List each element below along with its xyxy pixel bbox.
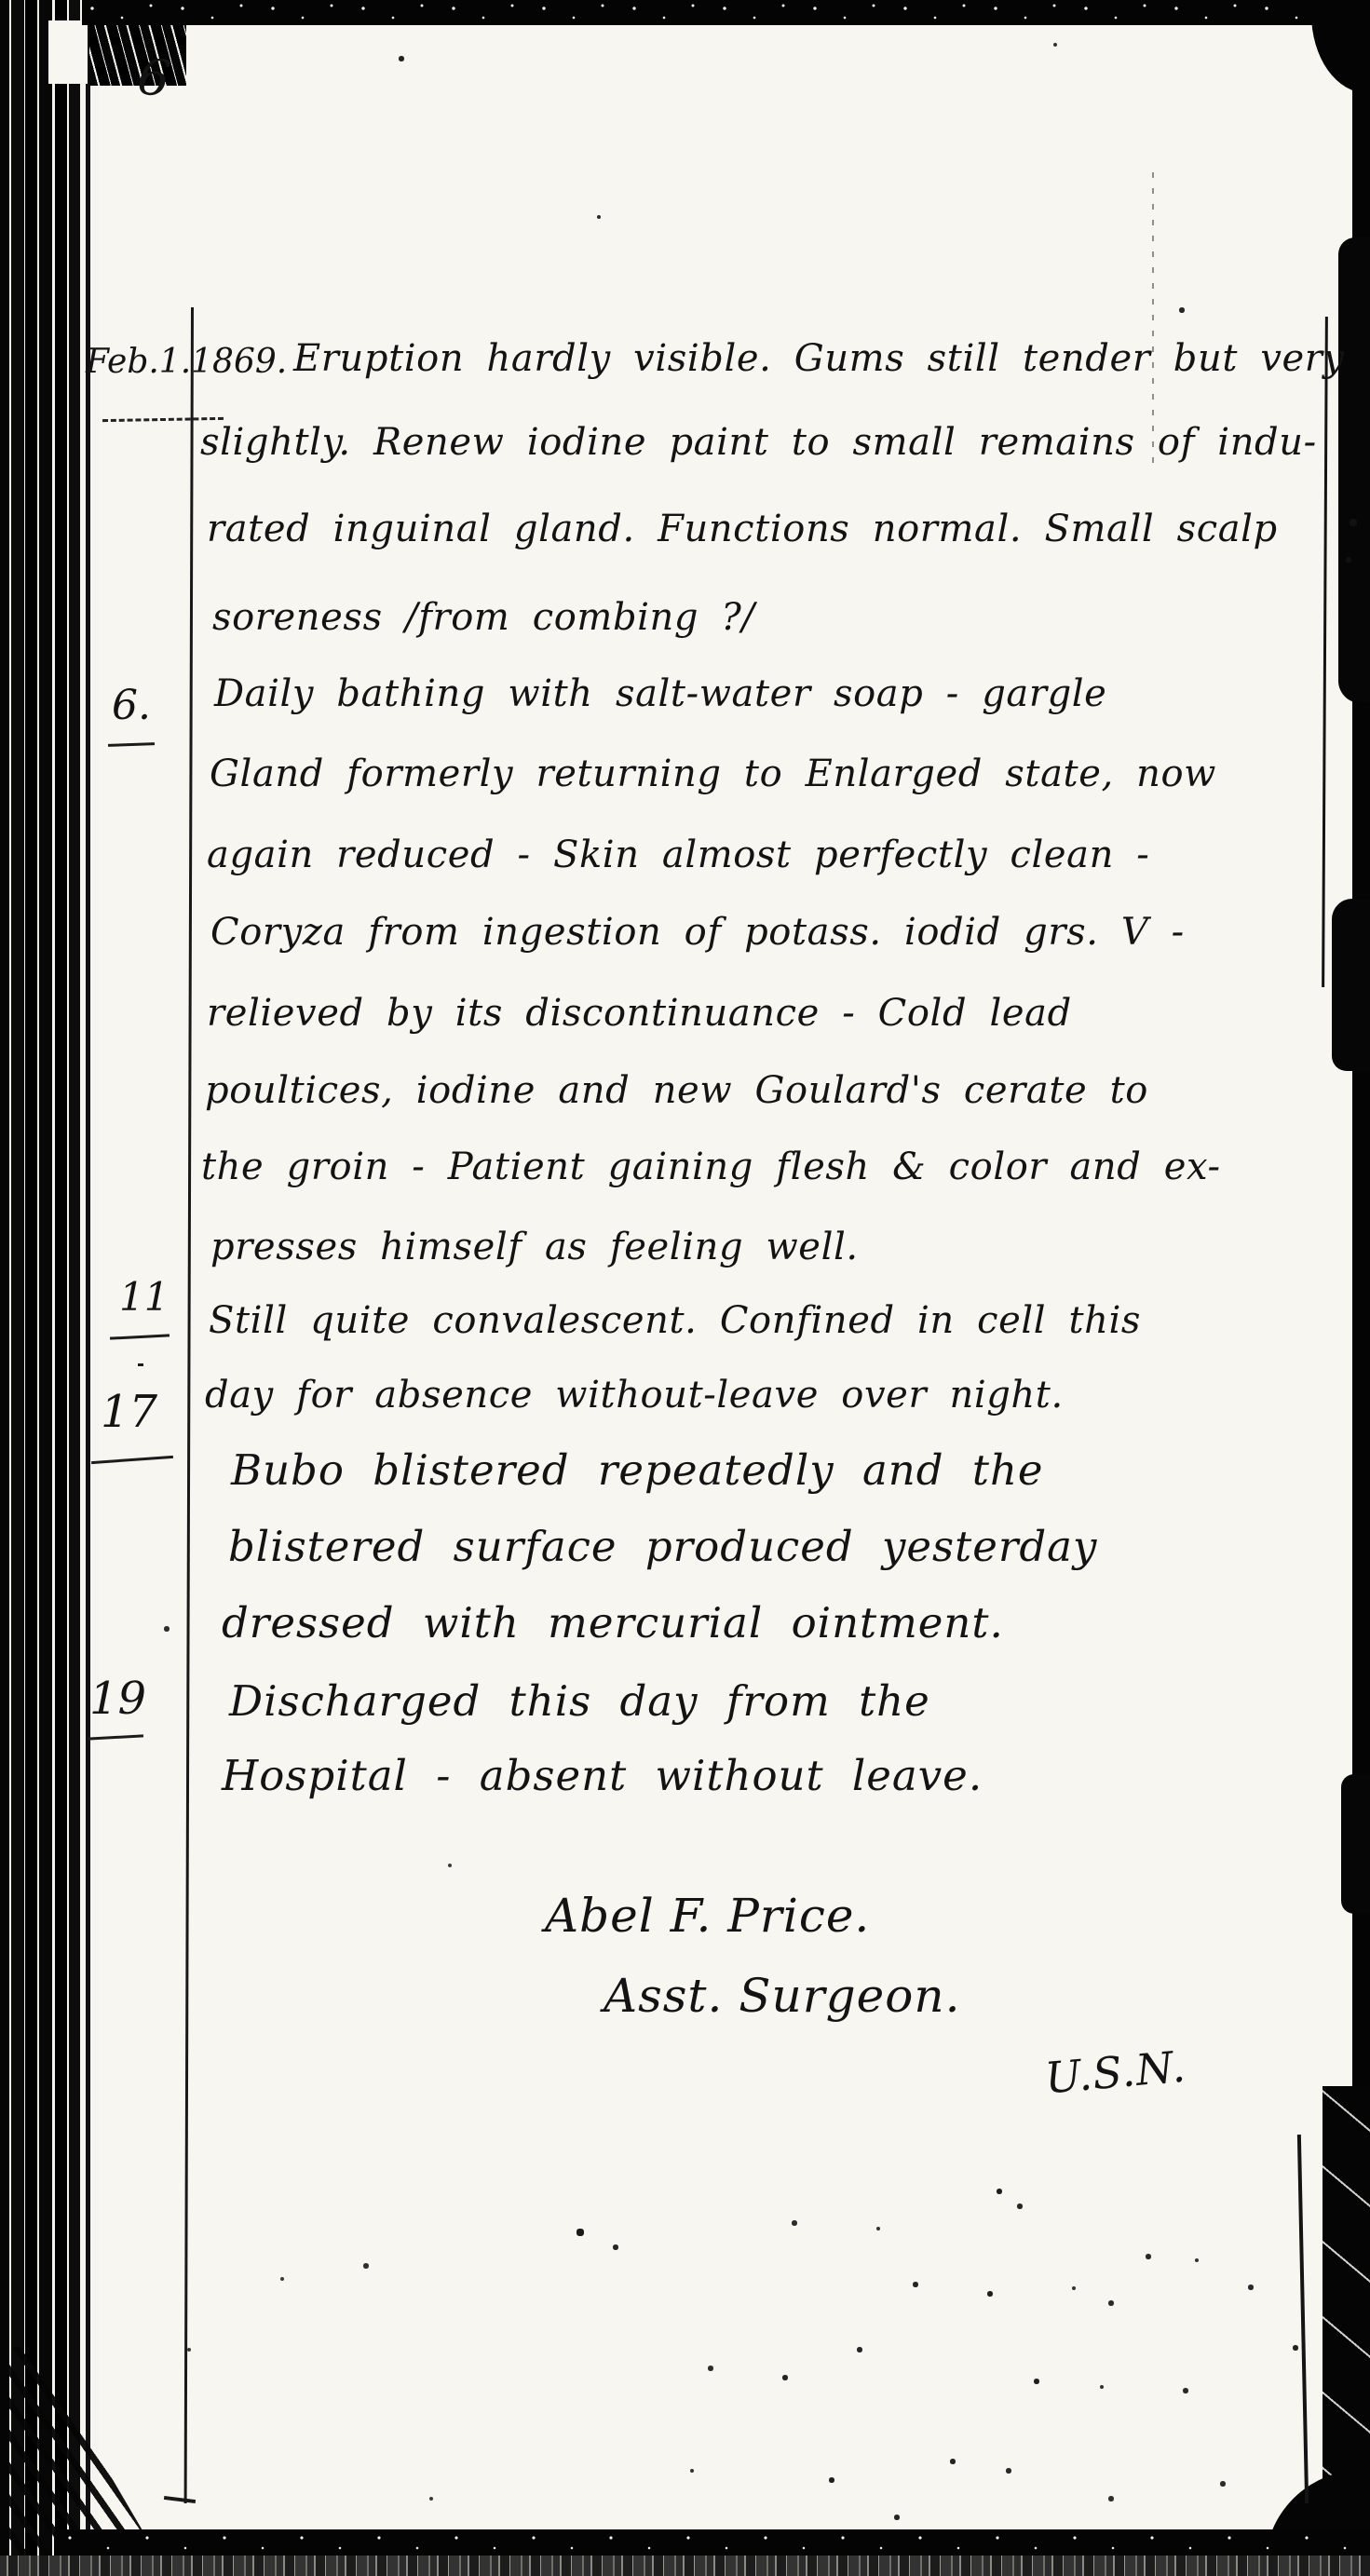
signature-title: Asst. Surgeon. — [604, 1969, 960, 2023]
margin-rule-hook — [164, 2496, 196, 2503]
date-underline — [110, 1334, 170, 1339]
entry-line: relieved by its discontinuance - Cold le… — [207, 992, 1072, 1035]
entry-line: Daily bathing with salt-water soap - gar… — [214, 672, 1106, 715]
entry-line: the groin - Patient gaining flesh & colo… — [201, 1146, 1221, 1188]
page-edge-line-upper — [1322, 317, 1328, 987]
entry-line: dressed with mercurial ointment. — [222, 1598, 1004, 1647]
bottom-scan-noise — [0, 2556, 1370, 2576]
entry-line: again reduced - Skin almost perfectly cl… — [207, 834, 1149, 876]
entry-line: Eruption hardly visible. Gums still tend… — [293, 337, 1345, 380]
entry-line: slightly. Renew iodine paint to small re… — [200, 421, 1317, 464]
entry-line: rated inguinal gland. Functions normal. … — [207, 508, 1278, 550]
entry-line: Coryza from ingestion of potass. iodid g… — [210, 911, 1185, 954]
page-edge-line-lower — [1297, 2135, 1309, 2503]
entry-date: Feb.1.1869. — [86, 343, 287, 381]
left-binding-texture — [0, 0, 99, 2576]
entry-line: blistered surface produced yesterday — [228, 1522, 1097, 1571]
entry-line: Still quite convalescent. Confined in ce… — [209, 1299, 1141, 1342]
page-stains — [0, 0, 2, 2]
entry-line: Discharged this day from the — [229, 1676, 930, 1726]
right-edge-shadow — [1332, 899, 1370, 1071]
bottom-scan-edge — [54, 2529, 1370, 2557]
date-underline — [108, 742, 155, 747]
right-edge-shadow — [1341, 1774, 1370, 1914]
margin-rule-line — [184, 307, 194, 2503]
page-corner-notch — [48, 20, 88, 84]
entry-date: 17 — [101, 1386, 157, 1438]
right-edge-shadow — [1338, 237, 1370, 703]
signature-name: Abel F. Price. — [545, 1889, 870, 1943]
page-number: 6 — [134, 47, 174, 109]
signature-organization: U.S.N. — [1043, 2040, 1188, 2103]
top-scan-edge — [82, 0, 1370, 25]
entry-line: Gland formerly returning to Enlarged sta… — [210, 752, 1216, 795]
entry-date: 11 — [119, 1274, 169, 1320]
entry-date: 6. — [112, 682, 151, 729]
date-underline — [91, 1456, 173, 1464]
entry-date: 19 — [89, 1673, 146, 1725]
entry-line: Bubo blistered repeatedly and the — [231, 1445, 1044, 1495]
scanned-medical-journal-page: 6 Feb.1.1869. 6. 11 17 19 Eruption hardl… — [0, 0, 1370, 2576]
entry-line: presses himself as feeling well. — [210, 1226, 859, 1268]
entry-line: Hospital - absent without leave. — [222, 1751, 983, 1800]
entry-line: soreness /from combing ?/ — [212, 596, 755, 639]
entry-line: day for absence without-leave over night… — [205, 1374, 1064, 1417]
date-dot — [138, 1363, 143, 1366]
entry-line: poultices, iodine and new Goulard's cera… — [205, 1069, 1148, 1112]
